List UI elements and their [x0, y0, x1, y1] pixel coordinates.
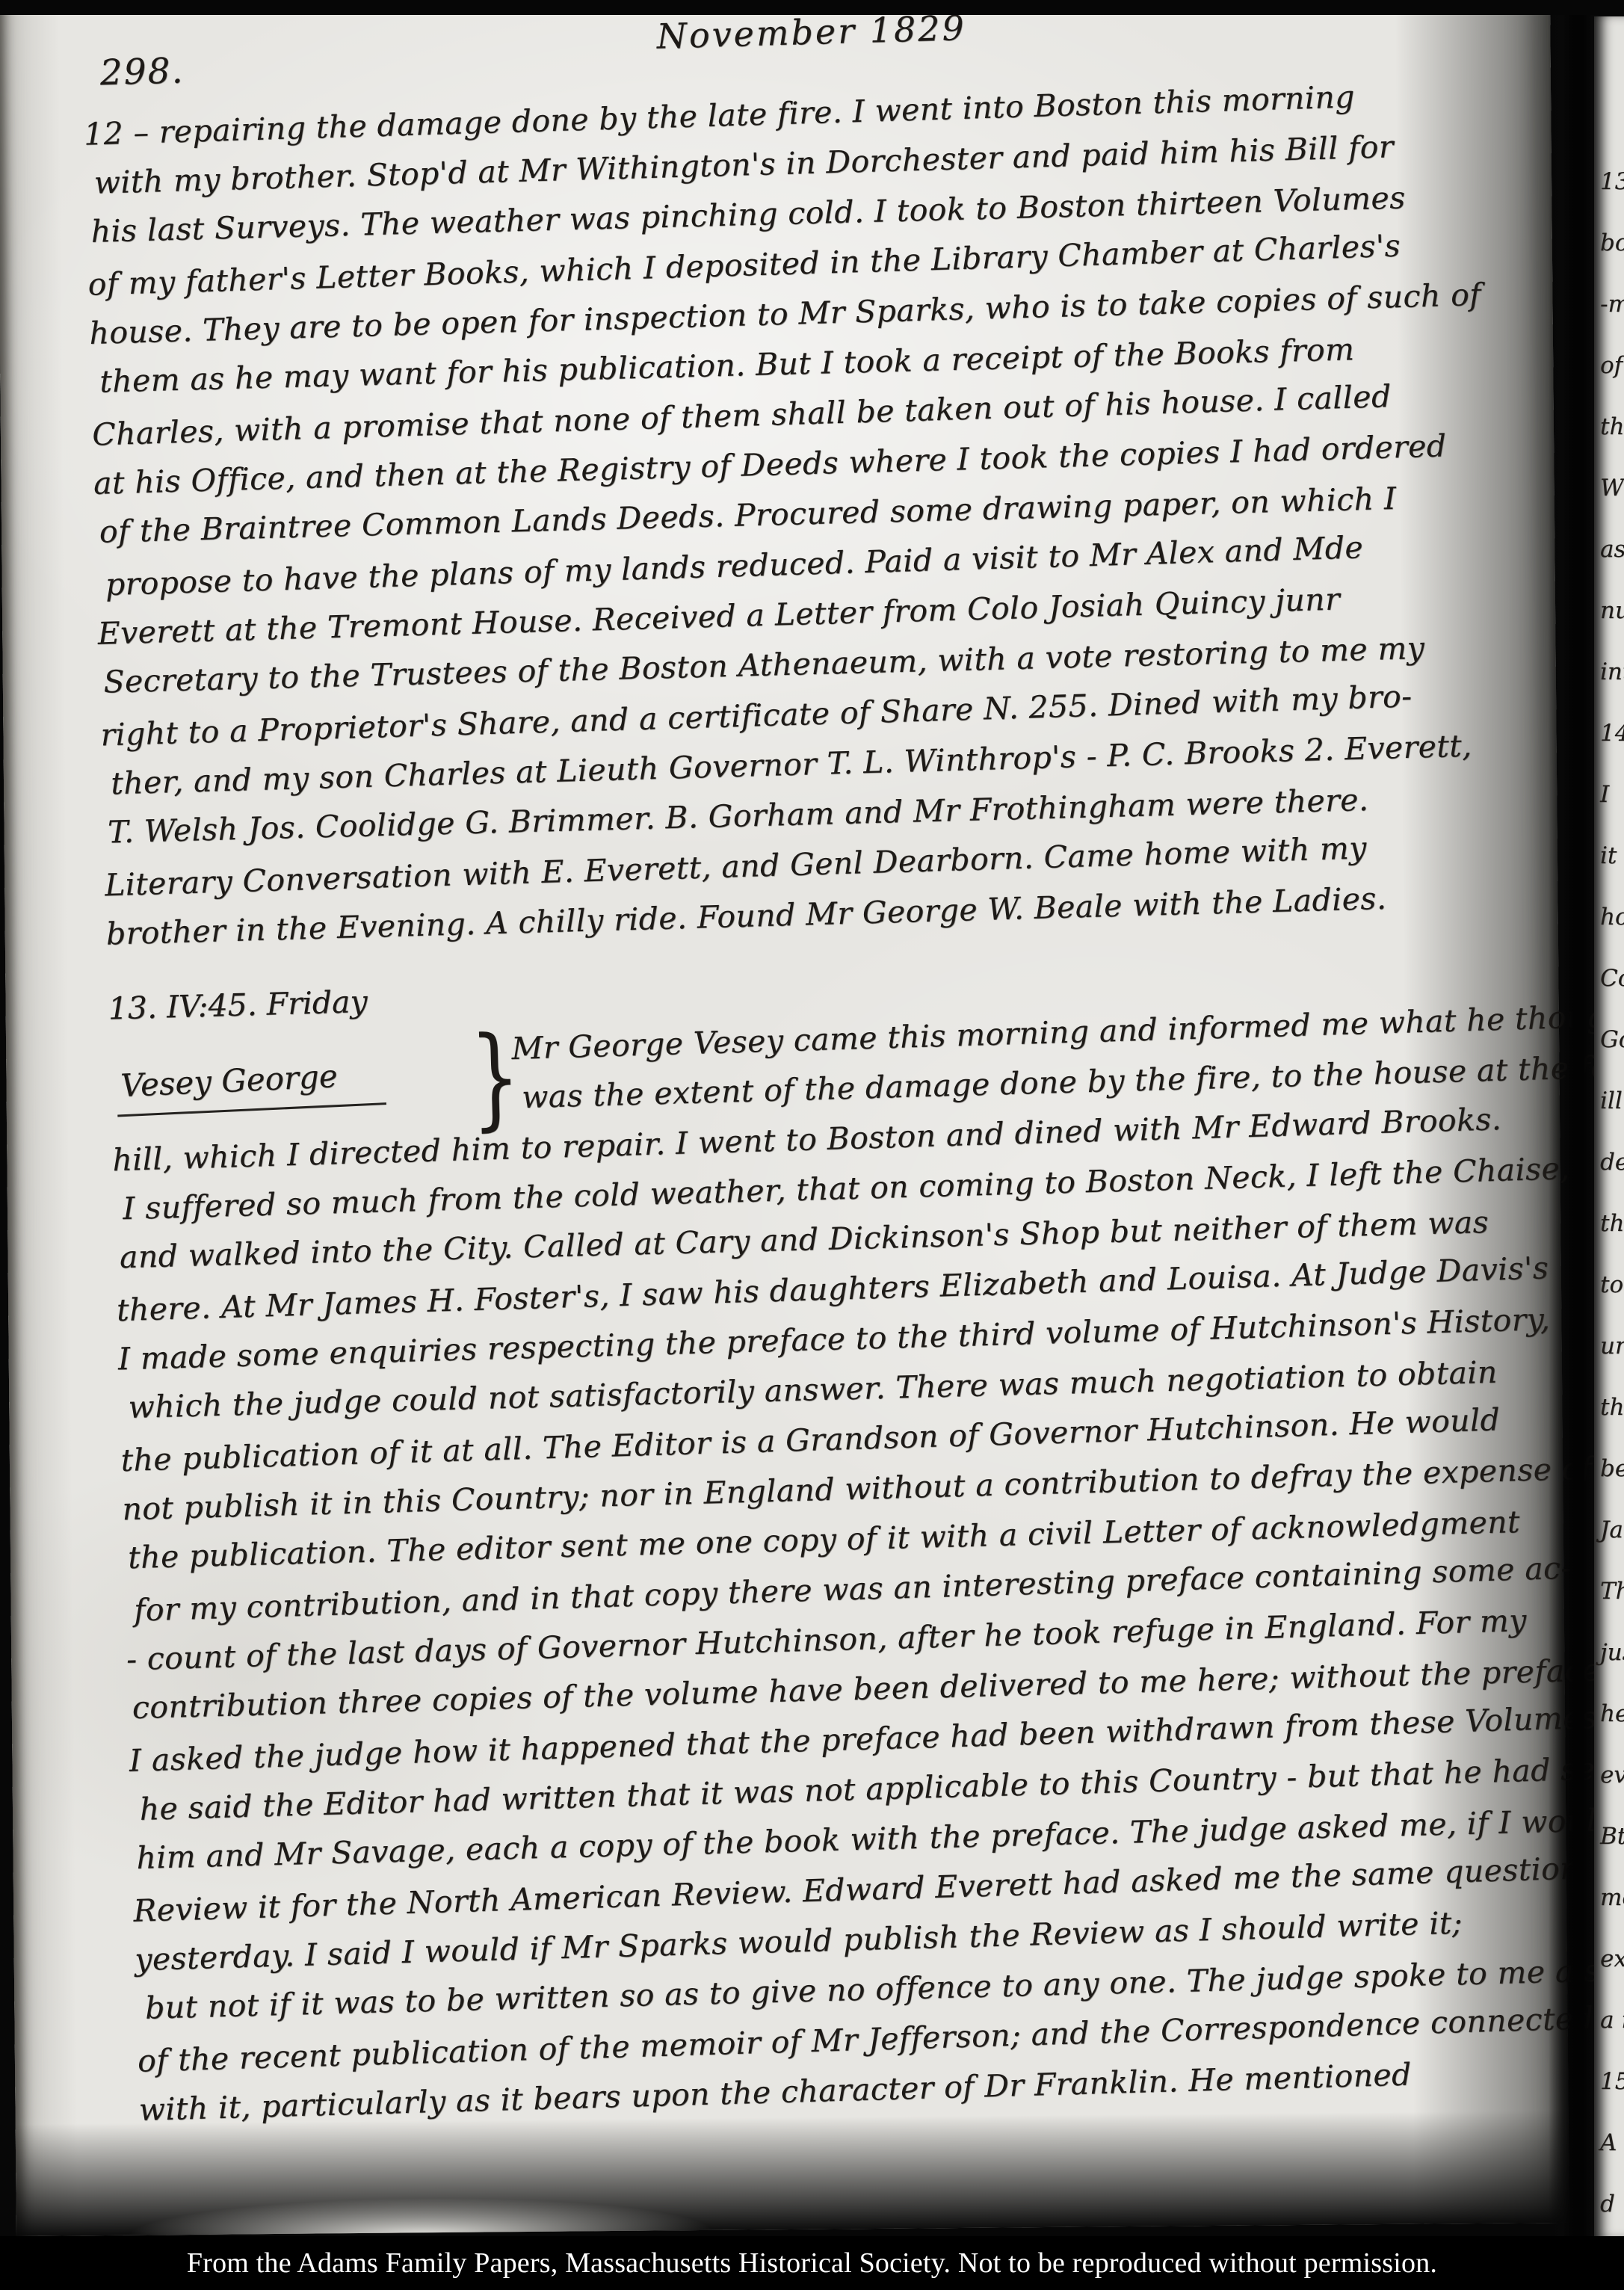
margin-note: Vesey George [115, 1055, 386, 1117]
caption-band: From the Adams Family Papers, Massachuse… [0, 2236, 1624, 2290]
fragment-line: th [1600, 396, 1624, 457]
diary-entry-november-13: hill, which I directed him to repair. I … [111, 1093, 1593, 2135]
fragment-line: Co [1600, 948, 1624, 1009]
fragment-line: 15 [1600, 2051, 1624, 2112]
diary-entry-november-12: 12 – repairing the damage done by the la… [83, 68, 1560, 960]
manuscript-page: 298. November 1829 12 – repairing the da… [0, 0, 1569, 2236]
fragment-line: bet [1600, 1438, 1624, 1499]
fragment-line: Bt [1600, 1806, 1624, 1867]
fragment-line: it [1600, 825, 1624, 886]
margin-note-block: Vesey George [109, 1025, 462, 1135]
fragment-line: 14- [1600, 703, 1624, 764]
fragment-line: int [1600, 641, 1624, 703]
fragment-line: -m [1600, 274, 1624, 335]
fragment-line: exc [1600, 1928, 1624, 1990]
fragment-line: her [1600, 1683, 1624, 1744]
fragment-line: Ja [1600, 1499, 1624, 1561]
facing-page-fragments: 13bo-mofthWasnuint14-IithoCoGoilldethto … [1594, 16, 1624, 2235]
fragment-line: the [1600, 1377, 1624, 1438]
book-gutter-shadow [1549, 0, 1601, 2238]
fragment-line: A [1600, 2112, 1624, 2173]
fragment-line: un [1600, 1315, 1624, 1377]
fragment-line: as [1600, 519, 1624, 580]
fragment-line: W [1600, 457, 1624, 519]
fragment-line: Th [1600, 1561, 1624, 1622]
caption-text: From the Adams Family Papers, Massachuse… [187, 2247, 1437, 2280]
fragment-line: th [1600, 1193, 1624, 1254]
fragment-line: of [1600, 335, 1624, 396]
page-number: 298. [99, 50, 185, 93]
fragment-line: ho [1600, 886, 1624, 948]
fragment-line: ill [1600, 1070, 1624, 1132]
manuscript-text-block: 298. November 1829 12 – repairing the da… [81, 0, 1593, 2135]
fragment-line: Go [1600, 1009, 1624, 1070]
fragment-line: bo [1600, 212, 1624, 274]
fragment-line: nu [1600, 580, 1624, 641]
fragment-line: me [1600, 1867, 1624, 1928]
fragment-line: I [1600, 764, 1624, 825]
fragment-line: d [1600, 2173, 1624, 2235]
fragment-line: de [1600, 1132, 1624, 1193]
fragment-line: a r [1600, 1990, 1624, 2051]
fragment-line: eve [1600, 1744, 1624, 1806]
fragment-line: to s [1600, 1254, 1624, 1315]
fragment-line: 13 [1600, 151, 1624, 212]
scanner-top-edge [0, 0, 1624, 15]
facing-page-sliver: 13bo-mofthWasnuint14-IithoCoGoilldethto … [1594, 16, 1624, 2238]
fragment-line: jus [1600, 1622, 1624, 1683]
